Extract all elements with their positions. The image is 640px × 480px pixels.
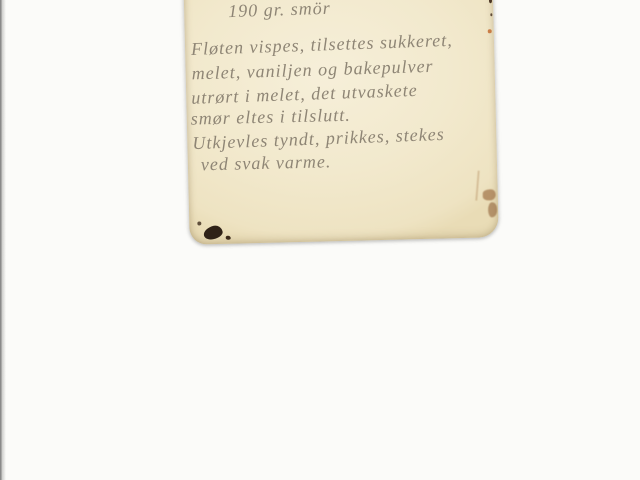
edge-speck [489, 0, 492, 3]
handwritten-line-3: melet, vaniljen og bakepulver [191, 56, 433, 84]
scanned-page: 190 gr. smör Fløten vispes, tilsettes su… [0, 0, 640, 480]
ink-speck [197, 221, 201, 225]
brown-stain [483, 189, 496, 200]
paper-crease-stain [475, 171, 479, 201]
edge-speck [488, 29, 492, 33]
handwritten-line-2: Fløten vispes, tilsettes sukkeret, [191, 30, 453, 59]
handwritten-line-1: 190 gr. smör [228, 0, 331, 21]
handwritten-line-5: smør eltes i tilslutt. [191, 105, 351, 129]
handwritten-line-7: ved svak varme. [201, 151, 332, 174]
handwritten-line-4: utrørt i melet, det utvaskete [191, 80, 418, 108]
handwritten-line-6: Utkjevles tyndt, prikkes, stekes [192, 124, 445, 153]
edge-speck [490, 13, 492, 16]
ink-speck [226, 236, 231, 240]
recipe-note-card: 190 gr. smör Fløten vispes, tilsettes su… [183, 0, 499, 245]
brown-stain [488, 202, 497, 217]
ink-blot [202, 224, 223, 241]
scanner-edge-shadow [0, 0, 6, 480]
